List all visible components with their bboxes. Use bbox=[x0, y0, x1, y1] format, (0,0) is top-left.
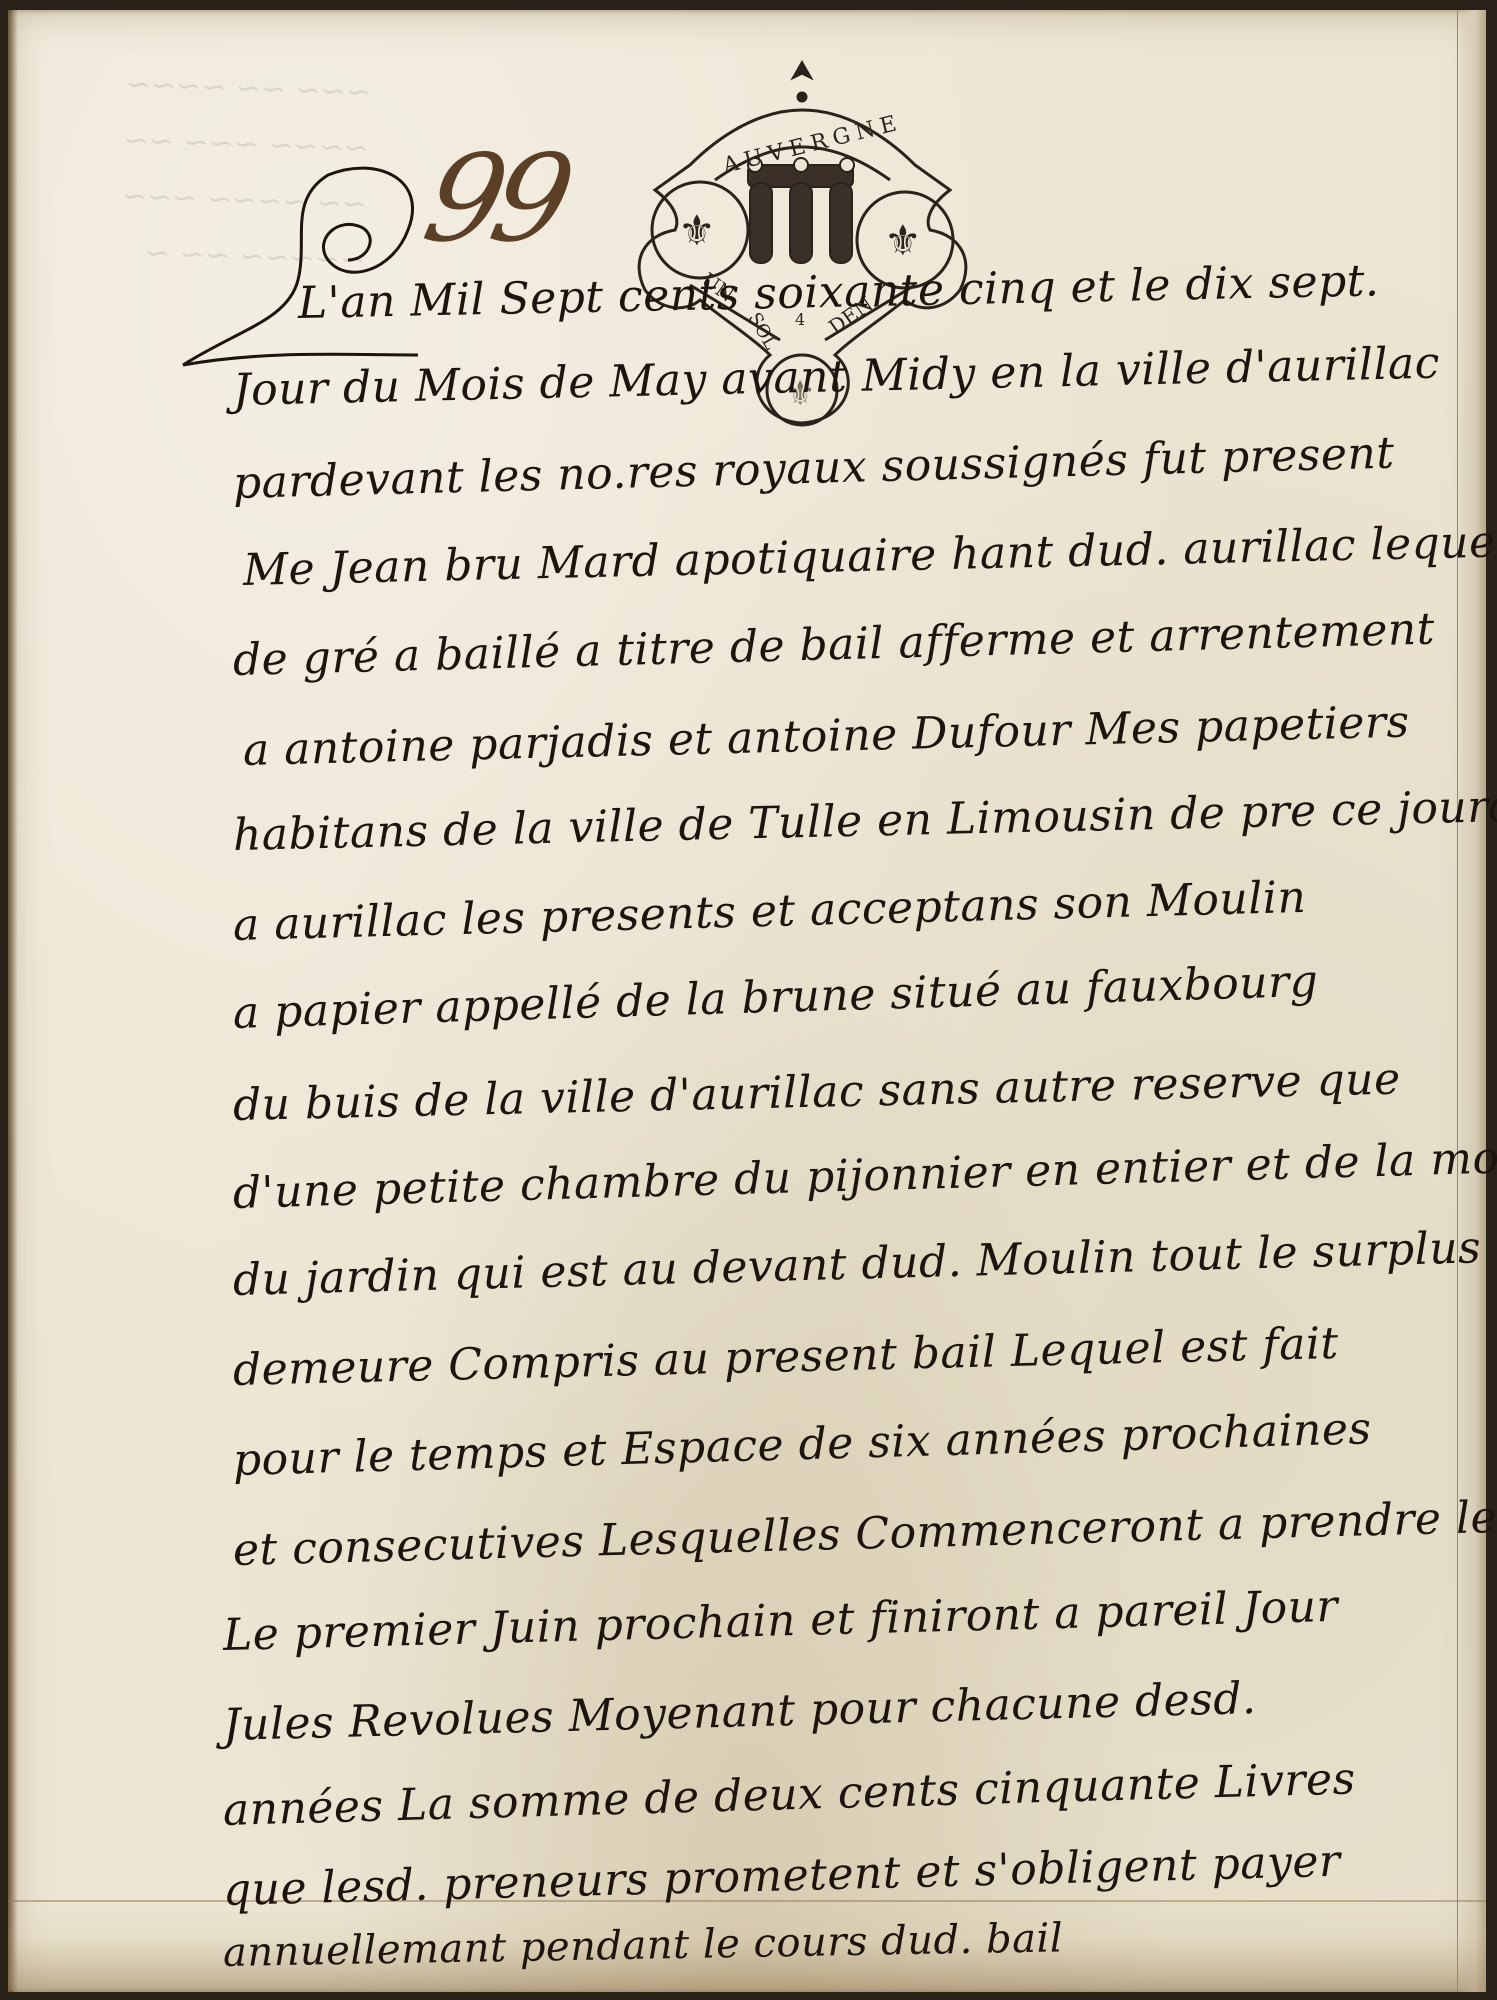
manuscript-line: L'an Mil Sept cents soixante cinq et le … bbox=[297, 255, 1379, 329]
manuscript-line: demeure Compris au present bail Lequel e… bbox=[232, 1318, 1339, 1396]
manuscript-line: a aurillac les presents et acceptans son… bbox=[232, 872, 1306, 951]
manuscript-line: Jules Revolues Moyenant pour chacune des… bbox=[222, 1673, 1257, 1751]
manuscript-body: L'an Mil Sept cents soixante cinq et le … bbox=[8, 10, 1486, 1992]
manuscript-line: du buis de la ville d'aurillac sans autr… bbox=[232, 1054, 1401, 1131]
manuscript-line: annuellemant pendant le cours dud. bail bbox=[223, 1915, 1064, 1976]
manuscript-line: a antoine parjadis et antoine Dufour Mes… bbox=[242, 696, 1410, 775]
manuscript-line: d'une petite chambre du pijonnier en ent… bbox=[232, 1130, 1497, 1219]
manuscript-line: Le premier Juin prochain et finiront a p… bbox=[222, 1581, 1338, 1661]
manuscript-line: a papier appellé de la brune situé au fa… bbox=[232, 956, 1319, 1039]
manuscript-line: habitans de la ville de Tulle en Limousi… bbox=[232, 779, 1497, 861]
manuscript-line: années La somme de deux cents cinquante … bbox=[222, 1753, 1356, 1836]
manuscript-line: que lesd. preneurs prometent et s'oblige… bbox=[222, 1836, 1341, 1916]
manuscript-line: Me Jean bru Mard apotiquaire hant dud. a… bbox=[242, 516, 1497, 596]
manuscript-line: pour le temps et Espace de six années pr… bbox=[232, 1403, 1372, 1486]
manuscript-line: Jour du Mois de May avant Midy en la vil… bbox=[232, 338, 1440, 416]
manuscript-line: pardevant les no.res royaux soussignés f… bbox=[232, 428, 1395, 509]
manuscript-line: et consecutives Lesquelles Commenceront … bbox=[232, 1490, 1497, 1576]
manuscript-line: du jardin qui est au devant dud. Moulin … bbox=[232, 1222, 1481, 1306]
manuscript-page: ~~~ ~~ ~~~~~~~~ ~~~ ~~~~ ~~~~ ~~~~~~~~ ~… bbox=[8, 10, 1486, 1992]
manuscript-line: de gré a baillé a titre de bail afferme … bbox=[232, 604, 1435, 686]
